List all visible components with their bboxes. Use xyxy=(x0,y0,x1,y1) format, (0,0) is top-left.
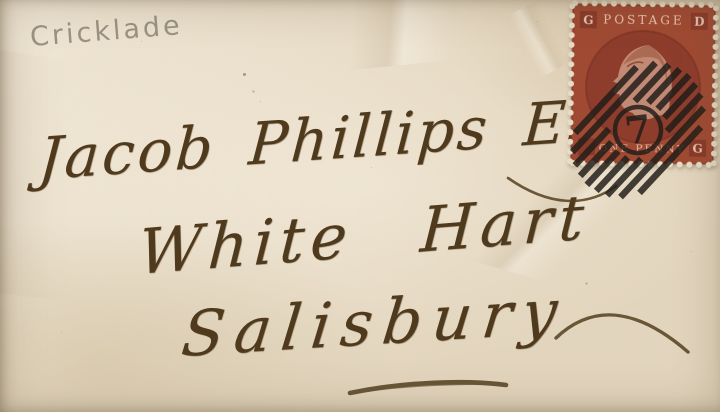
stamp-value-text: ONE PENNY xyxy=(599,142,686,155)
foxing-spots xyxy=(243,73,246,76)
pencil-annotation: Cricklade xyxy=(29,10,184,53)
stamp-corner-letter-bottom-right: G xyxy=(692,142,702,156)
address-line-1: Jacob Phillips Esq xyxy=(36,83,643,194)
penny-red-stamp: G D POSTAGE G ONE PENNY xyxy=(567,0,719,168)
stamp-corner-letter-top-right: D xyxy=(694,15,705,29)
address-line-2: White Hart xyxy=(136,180,591,289)
stamp-postage-text: POSTAGE xyxy=(603,12,685,27)
address-line-3: Salisbury xyxy=(178,274,571,371)
paper-crease xyxy=(197,0,583,86)
stamp-corner-letter-top-left: G xyxy=(583,13,593,27)
envelope-photo: Cricklade Jacob Phillips Esq White Hart … xyxy=(0,0,720,412)
corner-square xyxy=(578,138,595,155)
